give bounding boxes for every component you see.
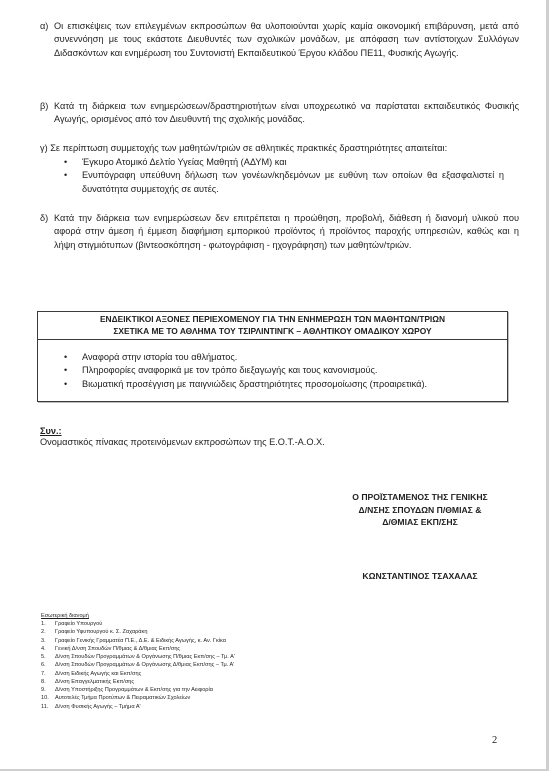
list-item: 3.Γραφείο Γενικής Γραμματέα Π.Ε., Δ.Ε. &… [41,637,235,645]
list-item: 7.Δ/νση Ειδικής Αγωγής και Εκπ/σης [41,670,235,678]
list-item: 6.Δ/νση Σπουδών Προγραμμάτων & Οργάνωσης… [41,661,235,669]
paragraph-c-label: γ) [40,143,48,153]
page-number: 2 [492,735,497,746]
distribution-list: 1.Γραφείο Υπουργού 2.Γραφείο Υφυπουργού … [41,620,235,711]
content-axes-list: Αναφορά στην ιστορία του αθλήματος. Πληρ… [64,351,494,391]
document-page: α)Οι επισκέψεις των επιλεγμένων εκπροσώπ… [0,0,549,771]
paragraph-c-text: Σε περίπτωση συμμετοχής των μαθητών/τριώ… [50,143,447,153]
list-item: 2.Γραφείο Υφυπουργού κ. Σ. Ζαχαράκη [41,628,235,636]
list-item: Αναφορά στην ιστορία του αθλήματος. [64,351,494,364]
list-item: 8.Δ/νση Επαγγελματικής Εκπ/σης [41,678,235,686]
signatory-name: ΚΩΝΣΤΑΝΤΙΝΟΣ ΤΣΑΧΑΛΑΣ [300,571,540,581]
list-item: 1.Γραφείο Υπουργού [41,620,235,628]
list-item: Ενυπόγραφη υπεύθυνη δήλωση των γονέων/κη… [64,169,504,196]
paragraph-c: γ) Σε περίπτωση συμμετοχής των μαθητών/τ… [40,142,505,155]
paragraph-b: β)Κατά τη διάρκεια των ενημερώσεων/δραστ… [40,100,519,127]
signatory-title-line1: Ο ΠΡΟΪΣΤΑΜΕΝΟΣ ΤΗΣ ΓΕΝΙΚΗΣ [300,491,540,504]
distribution-title: Εσωτερική διανομή [41,613,89,619]
list-item: Πληροφορίες αναφορικά με τον τρόπο διεξα… [64,364,494,377]
list-item: 10.Αυτοτελές Τμήμα Προτύπων & Πειραματικ… [41,694,235,702]
signatory-title-line2: Δ/ΝΣΗΣ ΣΠΟΥΔΩΝ Π/ΘΜΙΑΣ & [300,504,540,517]
content-axes-title-line1: ΕΝΔΕΙΚΤΙΚΟΙ ΑΞΟΝΕΣ ΠΕΡΙΕΧΟΜΕΝΟΥ ΓΙΑ ΤΗΝ … [38,313,507,325]
paragraph-d-text: Κατά την διάρκεια των ενημερώσεων δεν επ… [54,213,519,250]
paragraph-a-label: α) [40,20,54,33]
list-item: 5.Δ/νση Σπουδών Προγραμμάτων & Οργάνωσης… [41,653,235,661]
content-axes-title-line2: ΣΧΕΤΙΚΑ ΜΕ ΤΟ ΑΘΛΗΜΑ ΤΟΥ ΤΣΙΡΛΙΝΤΙΝΓΚ – … [38,325,507,337]
paragraph-b-text: Κατά τη διάρκεια των ενημερώσεων/δραστηρ… [54,101,519,124]
requirements-list: Έγκυρο Ατομικό Δελτίο Υγείας Μαθητή (ΑΔΥ… [64,156,504,196]
signatory-title-line3: Δ/ΘΜΙΑΣ ΕΚΠ/ΣΗΣ [300,516,540,529]
paragraph-a-text: Οι επισκέψεις των επιλεγμένων εκπροσώπων… [54,21,519,58]
paragraph-b-label: β) [40,100,54,113]
signatory-title: Ο ΠΡΟΪΣΤΑΜΕΝΟΣ ΤΗΣ ΓΕΝΙΚΗΣ Δ/ΝΣΗΣ ΣΠΟΥΔΩ… [300,491,540,529]
content-axes-box: ΕΝΔΕΙΚΤΙΚΟΙ ΑΞΟΝΕΣ ΠΕΡΙΕΧΟΜΕΝΟΥ ΓΙΑ ΤΗΝ … [37,311,508,402]
list-item: Έγκυρο Ατομικό Δελτίο Υγείας Μαθητή (ΑΔΥ… [64,156,504,169]
attachment-label: Συν.: [40,426,62,436]
list-item: 11.Δ/νση Φυσικής Αγωγής – Τμήμα Α' [41,703,235,711]
paragraph-d: δ)Κατά την διάρκεια των ενημερώσεων δεν … [40,212,519,252]
list-item: 4.Γενική Δ/νση Σπουδών Π/θμιας & Δ/θμιας… [41,645,235,653]
list-item: Βιωματική προσέγγιση με παιγνιώδεις δρασ… [64,378,494,391]
content-axes-header: ΕΝΔΕΙΚΤΙΚΟΙ ΑΞΟΝΕΣ ΠΕΡΙΕΧΟΜΕΝΟΥ ΓΙΑ ΤΗΝ … [38,312,507,340]
paragraph-d-label: δ) [40,212,54,225]
paragraph-a: α)Οι επισκέψεις των επιλεγμένων εκπροσώπ… [40,20,519,60]
attachment-text: Ονομαστικός πίνακας προτεινόμενων εκπροσ… [40,437,325,447]
list-item: 9.Δ/νση Υποστήριξης Προγραμμάτων & Εκπ/σ… [41,686,235,694]
